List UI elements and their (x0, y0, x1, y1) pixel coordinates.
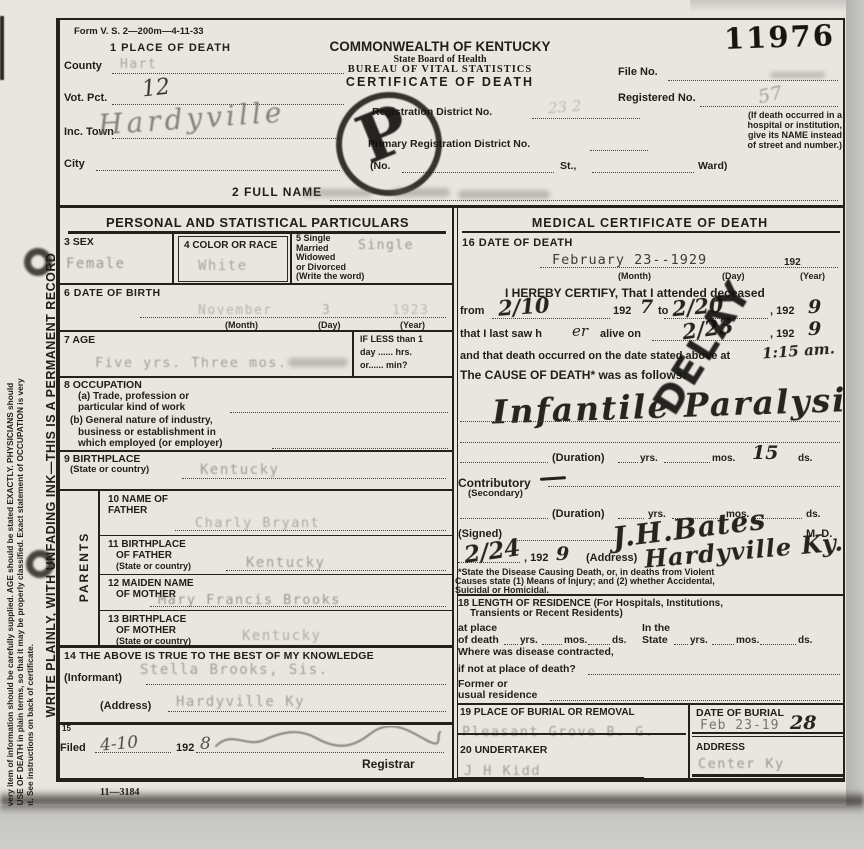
hospital-note-line: (If death occurred in a (652, 110, 842, 120)
occupation-a-line (230, 412, 448, 413)
mother-bp-value: Kentucky (242, 628, 321, 644)
burial-value: Pleasant Grove B. G. (462, 724, 655, 740)
duration-yrs-label: yrs. (640, 453, 658, 464)
dob-line (140, 317, 446, 318)
occupation-b-line (272, 448, 448, 449)
ward-label: Ward) (698, 160, 727, 172)
duration-ds-label: ds. (798, 453, 812, 464)
undertaker-address-value: Center Ky (698, 756, 785, 772)
contributory-dash (540, 476, 566, 481)
section1-heading: 1 PLACE OF DEATH (110, 42, 231, 54)
signed-address-label: (Address) (586, 552, 637, 564)
edge-mark (0, 16, 4, 80)
duration-line (460, 462, 548, 463)
duration-days-value: 15 (752, 442, 778, 464)
undertaker-label: 20 UNDERTAKER (460, 744, 547, 756)
father-bp-sub-label: (State or country) (116, 561, 191, 571)
filed-year-value: 8 (200, 734, 211, 754)
duration-mos-label: mos. (712, 453, 735, 464)
informant-address-line (168, 711, 446, 712)
primary-district-line (590, 150, 648, 151)
hospital-note-line: hospital or institution, (652, 120, 842, 130)
occupation-label: 8 OCCUPATION (64, 379, 142, 391)
to-year-value: 9 (808, 296, 821, 318)
informant-line (146, 684, 446, 685)
row-rule (58, 376, 452, 378)
dod-month-caption: (Month) (618, 271, 651, 281)
vot-pct-label: Vot. Pct. (64, 92, 107, 104)
undertaker-address-label: ADDRESS (696, 742, 745, 753)
dob-month-value: November (198, 303, 273, 318)
hospital-note: (If death occurred in a hospital or inst… (652, 110, 842, 150)
registrar-signature (212, 726, 442, 754)
registration-district-value: 23 2 (547, 97, 582, 118)
cause-line (460, 421, 840, 422)
duration-label: (Duration) (552, 452, 605, 464)
residence-dots (712, 644, 734, 645)
filed-192-label: 192 (176, 742, 194, 754)
age-value: Five yrs. Three mos. (95, 355, 288, 371)
duration-line (618, 462, 638, 463)
sex-value: Female (66, 256, 126, 272)
county-value: Hart (120, 57, 157, 72)
section-rule (58, 645, 452, 648)
father-bp-label: 11 BIRTHPLACE (108, 539, 186, 550)
res-yrs-label: yrs. (520, 635, 538, 646)
st-label: St., (560, 160, 576, 172)
margin-note-line: state CAUSE OF DEATH in plain terms, so … (15, 407, 25, 839)
dob-year-value: 1923 (392, 303, 429, 318)
marital-label: 5 Single Married Widowed or Divorced (Wr… (296, 234, 364, 282)
birthplace-value: Kentucky (200, 462, 279, 478)
margin-note-line: N. B.—Every item of information should b… (5, 407, 15, 839)
dod-year-caption: (Year) (800, 271, 825, 281)
paper: WRITE PLAINLY, WITH UNFADING INK—THIS IS… (0, 0, 864, 849)
section-rule (458, 703, 843, 705)
registration-district-line (532, 118, 640, 119)
medical-title: MEDICAL CERTIFICATE OF DEATH (470, 216, 830, 230)
city-label: City (64, 158, 85, 170)
section-rule (58, 722, 452, 725)
file-no-smudge (770, 72, 825, 78)
personal-title: PERSONAL AND STATISTICAL PARTICULARS (70, 215, 445, 230)
file-no-label: File No. (618, 66, 658, 78)
medical-title-rule (462, 231, 840, 233)
from-label: from (460, 305, 484, 317)
burial-date-underline (692, 736, 843, 737)
full-name-faint-text (458, 190, 550, 199)
signed-line (514, 540, 618, 541)
from-value: 2/10 (497, 292, 550, 321)
state-label: State (642, 634, 668, 646)
section-rule (458, 594, 843, 596)
age-cell-divider (352, 330, 354, 376)
father-name-value: Charly Bryant (195, 515, 320, 531)
registered-no-value: 57 (756, 82, 784, 109)
father-bp-value: Kentucky (246, 555, 325, 571)
binder-hole-mark (26, 550, 54, 578)
of-death-label: of death (458, 634, 499, 646)
margin-note-line: important. See instructions on back of c… (25, 407, 35, 839)
county-label: County (64, 60, 102, 72)
from-line (492, 318, 610, 319)
row-rule (58, 283, 452, 285)
marital-label-line: (Write the word) (296, 272, 364, 282)
occupation-b2: business or establishment in (78, 427, 216, 438)
contributory-line (548, 486, 840, 487)
column-divider (452, 205, 454, 780)
scanner-right-strip (846, 0, 864, 849)
residence-label2: Transients or Recent Residents) (470, 608, 623, 619)
residence-dots (674, 644, 688, 645)
birthplace-line (182, 478, 446, 479)
father-bp-label2: OF FATHER (116, 550, 172, 561)
marital-value: Single (358, 238, 414, 253)
undertaker-underline (458, 777, 644, 780)
form-border-left (56, 18, 60, 782)
from-year-value: 7 (640, 296, 653, 318)
dob-day-value: 3 (322, 303, 331, 318)
informant-value: Stella Brooks, Sis. (140, 662, 329, 678)
contracted-label2: if not at place of death? (458, 663, 576, 675)
contracted-line (588, 674, 840, 675)
residence-dots (504, 644, 518, 645)
county-line (112, 73, 344, 74)
parents-label: PARENTS (77, 511, 91, 623)
year-caption: (Year) (400, 320, 425, 330)
ward-line (592, 172, 694, 173)
birthplace-sub-label: (State or country) (70, 464, 149, 475)
parents-bracket-line (98, 489, 100, 645)
saw-pre-label: that I last saw h (460, 328, 542, 340)
if-less-line: day ...... hrs. (360, 347, 412, 357)
certificate-title: CERTIFICATE OF DEATH (290, 75, 590, 89)
row-rule-thin (98, 535, 452, 536)
form-border-bottom (56, 778, 845, 782)
race-value: White (198, 258, 248, 274)
occupation-b3: which employed (or employer) (78, 438, 222, 449)
cause-line (460, 442, 840, 443)
row-rule-thin (98, 574, 452, 575)
row-rule (58, 330, 452, 332)
burial-strike-line (458, 733, 686, 735)
father-name-label: 10 NAME OF (108, 494, 168, 505)
registrar-line (196, 752, 444, 753)
signed-year-value: 9 (556, 543, 569, 565)
occupation-a2: particular kind of work (78, 402, 185, 413)
undertaker-address-underline (692, 774, 843, 777)
full-name-line (330, 200, 838, 201)
city-line (96, 170, 340, 171)
mother-name-line (150, 606, 446, 607)
form-border-top (56, 18, 845, 20)
vot-pct-value: 12 (141, 75, 171, 103)
form-number: Form V. S. 2—200m—4-11-33 (74, 26, 204, 37)
personal-title-rule (68, 231, 446, 234)
burial-date-hand-value: 28 (790, 712, 816, 734)
residence-dots (588, 644, 610, 645)
informant-address-label: (Address) (100, 700, 151, 712)
filed-label: Filed (60, 742, 86, 754)
father-bp-line (226, 570, 446, 571)
filed-line (95, 752, 171, 753)
file-no-line (668, 80, 838, 81)
binder-hole-mark (24, 248, 52, 276)
cause-value: Infantile Paralysis (491, 379, 864, 431)
mother-bp-label: 13 BIRTHPLACE (108, 614, 186, 625)
p-stamp: P (329, 85, 448, 203)
duration2-line (460, 518, 548, 519)
cell-divider (172, 233, 174, 283)
contracted-label: Where was disease contracted, (458, 646, 614, 658)
cell-divider (290, 233, 292, 283)
row-rule-thin (98, 610, 452, 611)
sex-label: 3 SEX (64, 236, 94, 248)
signed-date-line (458, 562, 520, 563)
former-label2: usual residence (458, 689, 537, 701)
race-label: 4 COLOR OR RACE (184, 240, 277, 251)
page-bottom-shadow (0, 790, 864, 814)
saw-fill-value: er (572, 322, 588, 340)
hospital-note-line: of street and number.) (652, 140, 842, 150)
burial-cell-divider (688, 703, 690, 780)
hospital-note-line: give its NAME instead (652, 130, 842, 140)
signed-192-label: , 192 (524, 552, 548, 564)
serial-number: 11976 (723, 18, 835, 56)
at-place-label: at place (458, 622, 497, 634)
dob-label: 6 DATE OF BIRTH (64, 287, 161, 299)
age-value-smudge (288, 358, 348, 367)
registered-no-label: Registered No. (618, 92, 696, 104)
p-stamp-letter: P (346, 88, 421, 179)
mother-bp-label2: OF MOTHER (116, 625, 176, 636)
registrar-label: Registrar (362, 757, 415, 771)
margin-note: N. B.—Every item of information should b… (5, 407, 35, 839)
duration2-label: (Duration) (552, 508, 605, 520)
state-mos-label: mos. (736, 635, 759, 646)
full-name-faint-text (392, 188, 450, 197)
state-ds-label: ds. (798, 635, 812, 646)
if-less-line: IF LESS than 1 (360, 334, 423, 344)
duration2-ds-label: ds. (806, 509, 820, 520)
month-caption: (Month) (225, 320, 258, 330)
commonwealth-title: COMMONWEALTH OF KENTUCKY (290, 39, 590, 54)
day-caption: (Day) (318, 320, 341, 330)
if-less-line: or...... min? (360, 360, 408, 370)
dod-label: 16 DATE OF DEATH (462, 237, 573, 249)
burial-date-value: Feb 23-19 (700, 718, 779, 733)
inc-town-line (112, 138, 340, 139)
father-name-line (175, 530, 446, 531)
item15-label: 15 (62, 724, 71, 733)
res-ds-label: ds. (612, 635, 626, 646)
row-rule (58, 450, 452, 452)
occupation-b1: (b) General nature of industry, (70, 415, 213, 426)
state-yrs-label: yrs. (690, 635, 708, 646)
from-192-label: 192 (613, 305, 631, 317)
dod-value: February 23--1929 (552, 252, 707, 268)
informant-heading: 14 THE ABOVE IS TRUE TO THE BEST OF MY K… (64, 650, 374, 662)
inc-town-value: Hardyville (97, 96, 286, 142)
secondary-label: (Secondary) (468, 488, 523, 499)
informant-address-value: Hardyville Ky (176, 694, 305, 710)
scanner-top-strip (690, 0, 846, 12)
burial-label: 19 PLACE OF BURIAL OR REMOVAL (460, 707, 635, 718)
burial-date-underline (692, 732, 843, 734)
res-mos-label: mos. (564, 635, 587, 646)
age-label: 7 AGE (64, 334, 95, 346)
informant-label: (Informant) (64, 672, 122, 684)
former-line (550, 700, 840, 701)
row-rule (58, 489, 452, 491)
saw-post-label: alive on (600, 328, 641, 340)
in-the-label: In the (642, 622, 670, 634)
died-time-value: 1:15 am. (761, 339, 835, 362)
duration-line (664, 462, 710, 463)
father-name-label2: FATHER (108, 505, 147, 516)
full-name-faint-text (302, 189, 372, 197)
death-certificate-scan: WRITE PLAINLY, WITH UNFADING INK—THIS IS… (0, 0, 864, 849)
mother-name-label: 12 MAIDEN NAME (108, 578, 194, 589)
saw-year-value: 9 (808, 318, 821, 340)
occupation-a1: (a) Trade, profession or (78, 391, 189, 402)
header-divider (56, 205, 845, 208)
residence-dots (760, 644, 796, 645)
residence-dots (542, 644, 562, 645)
